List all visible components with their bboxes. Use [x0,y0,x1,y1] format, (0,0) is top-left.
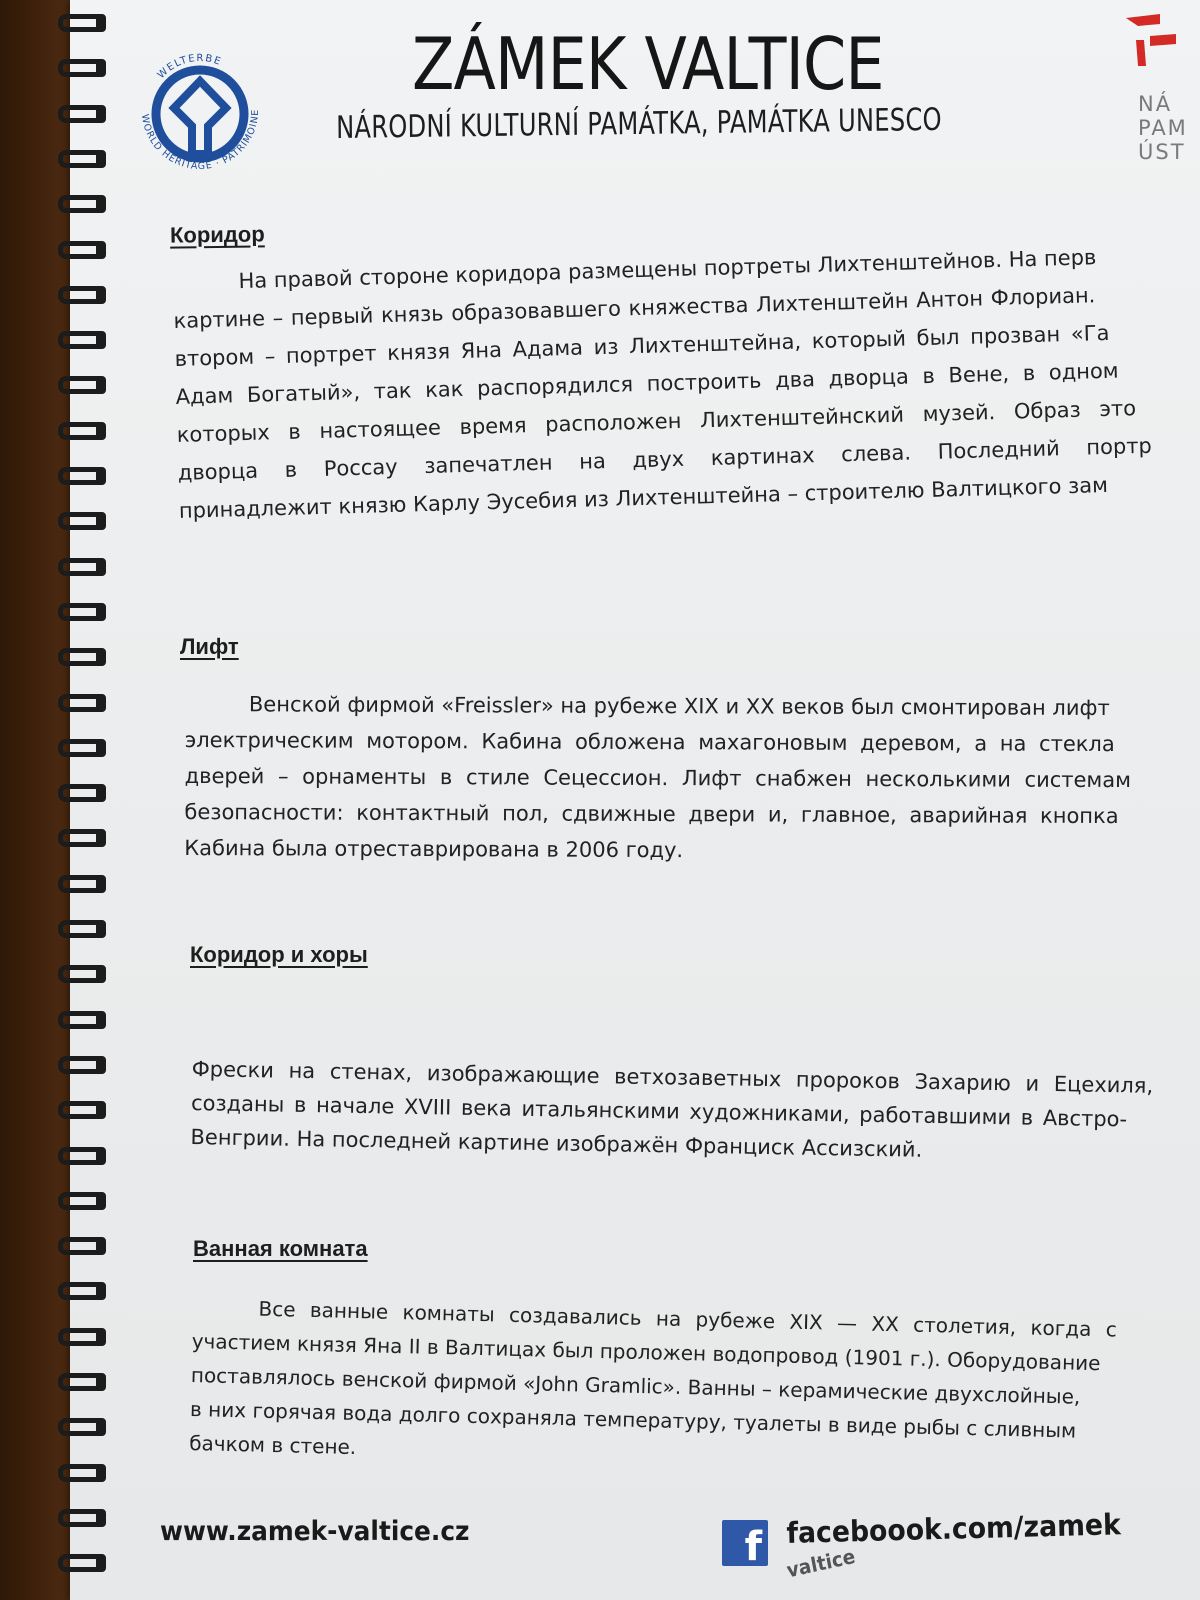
section-title-bathroom: Ванная комната [193,1236,368,1262]
facebook-link[interactable]: faceboook.com/zamekvaltice [786,1506,1169,1584]
section-title-corridor-and-choir: Коридор и хоры [190,942,368,968]
section-title-corridor: Коридор [170,221,265,248]
section-text-corridor: На правой стороне коридора размещены пор… [172,237,1153,530]
section-text-corridor-and-choir: Фрески на стенах, изображающие ветхозаве… [190,1052,1153,1171]
section-text-lift: Венской фирмой «Freissler» на рубеже XIX… [184,686,1131,870]
section-title-lift: Лифт [180,634,239,660]
section-text-bathroom: Все ванные комнаты создавались на рубеже… [189,1290,1117,1483]
website-link[interactable]: www.zamek-valtice.cz [160,1516,470,1547]
facebook-icon: f [722,1520,768,1566]
